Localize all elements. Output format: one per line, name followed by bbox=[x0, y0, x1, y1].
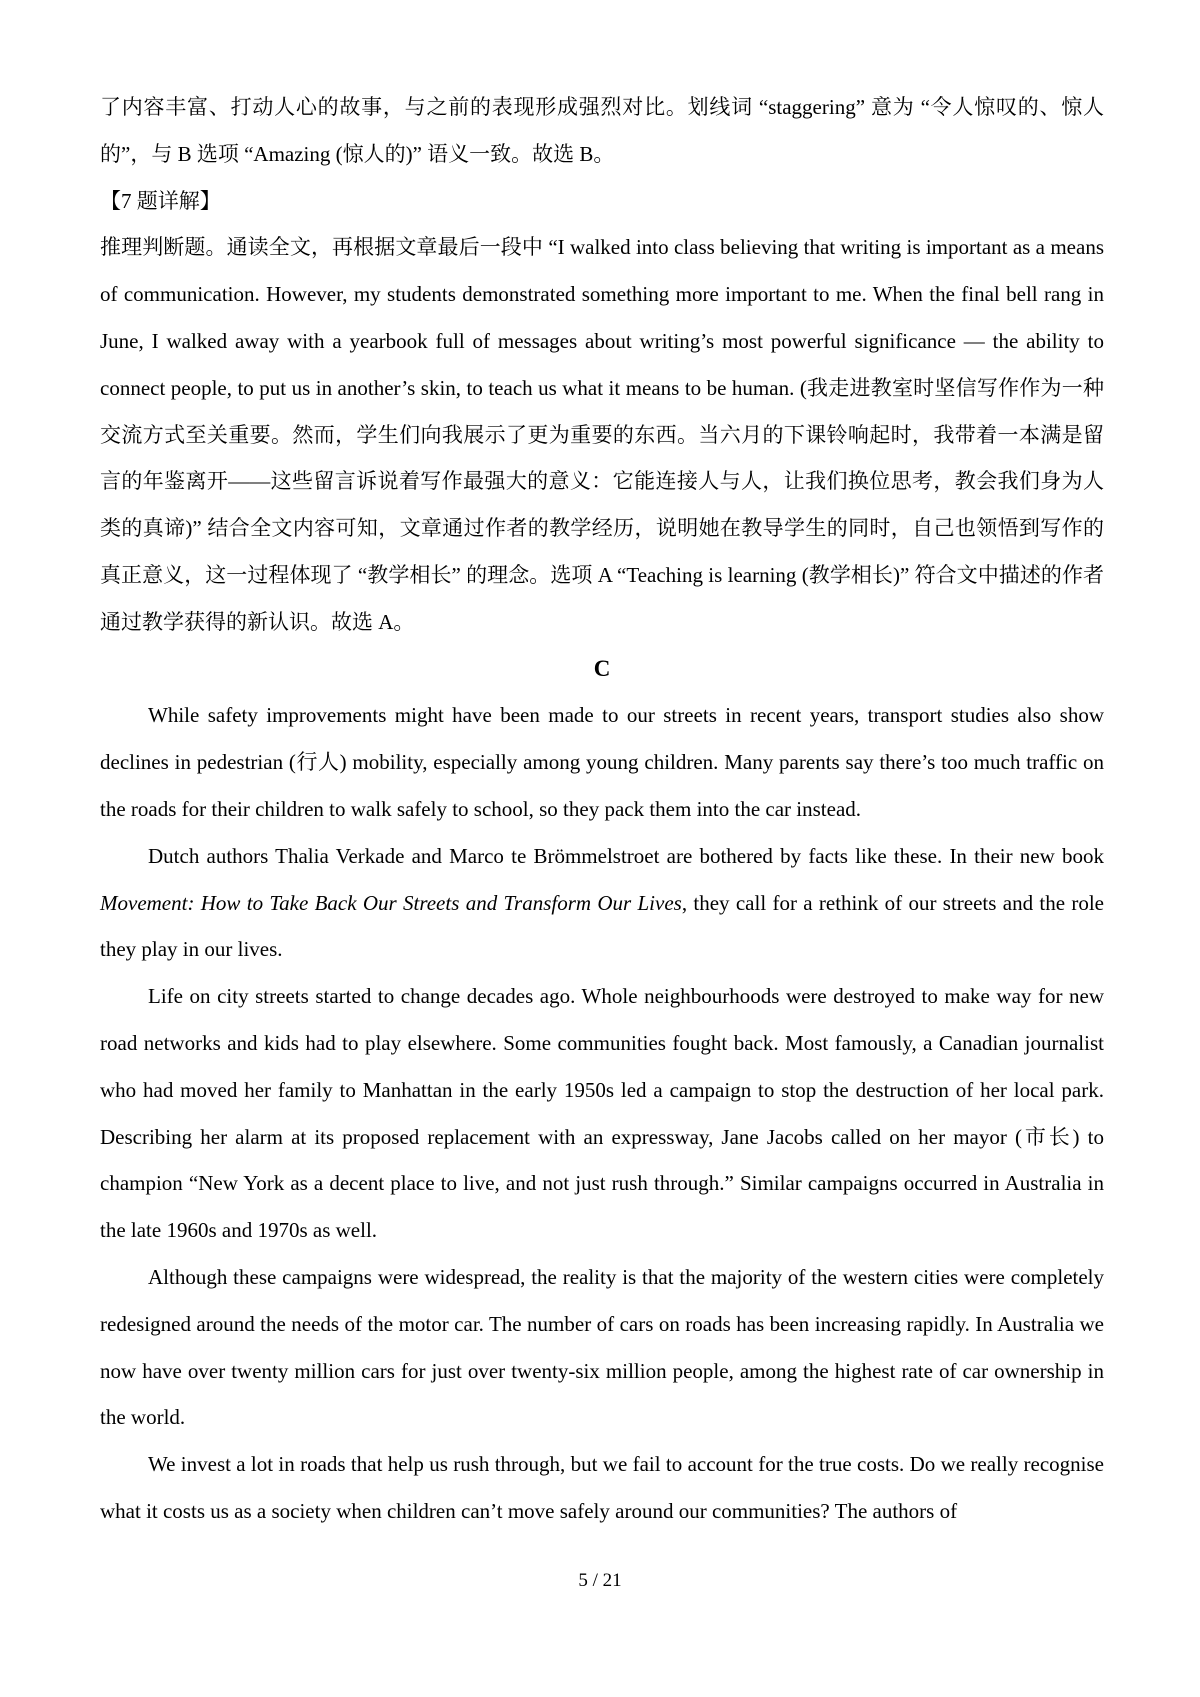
passage-paragraph-3: Life on city streets started to change d… bbox=[100, 973, 1104, 1254]
page-number-footer: 5 / 21 bbox=[0, 1566, 1200, 1596]
text-run: C bbox=[594, 656, 611, 681]
question-7-explanation: 推理判断题。通读全文，再根据文章最后一段中 “I walked into cla… bbox=[100, 224, 1104, 645]
text-run: 推理判断题。通读全文，再根据文章最后一段中 “I walked into cla… bbox=[100, 235, 1104, 633]
answer-explanation-continued: 了内容丰富、打动人心的故事，与之前的表现形成强烈对比。划线词 “staggeri… bbox=[100, 84, 1104, 178]
passage-paragraph-1: While safety improvements might have bee… bbox=[100, 692, 1104, 832]
text-run: 【7 题详解】 bbox=[100, 189, 221, 213]
document-body: 了内容丰富、打动人心的故事，与之前的表现形成强烈对比。划线词 “staggeri… bbox=[100, 84, 1104, 1535]
passage-paragraph-2: Dutch authors Thalia Verkade and Marco t… bbox=[100, 833, 1104, 973]
passage-paragraph-4: Although these campaigns were widespread… bbox=[100, 1254, 1104, 1441]
document-page: 了内容丰富、打动人心的故事，与之前的表现形成强烈对比。划线词 “staggeri… bbox=[0, 0, 1200, 1697]
text-run: Although these campaigns were widespread… bbox=[100, 1265, 1104, 1429]
question-7-heading: 【7 题详解】 bbox=[100, 178, 1104, 225]
text-run: 了内容丰富、打动人心的故事，与之前的表现形成强烈对比。划线词 “staggeri… bbox=[100, 95, 1104, 166]
book-title-italic: Movement: How to Take Back Our Streets a… bbox=[100, 891, 682, 915]
text-run: We invest a lot in roads that help us ru… bbox=[100, 1452, 1104, 1523]
section-c-heading: C bbox=[100, 646, 1104, 693]
passage-paragraph-5: We invest a lot in roads that help us ru… bbox=[100, 1441, 1104, 1535]
text-run: While safety improvements might have bee… bbox=[100, 703, 1104, 821]
text-run: Dutch authors Thalia Verkade and Marco t… bbox=[148, 844, 1104, 868]
text-run: Life on city streets started to change d… bbox=[100, 984, 1104, 1242]
